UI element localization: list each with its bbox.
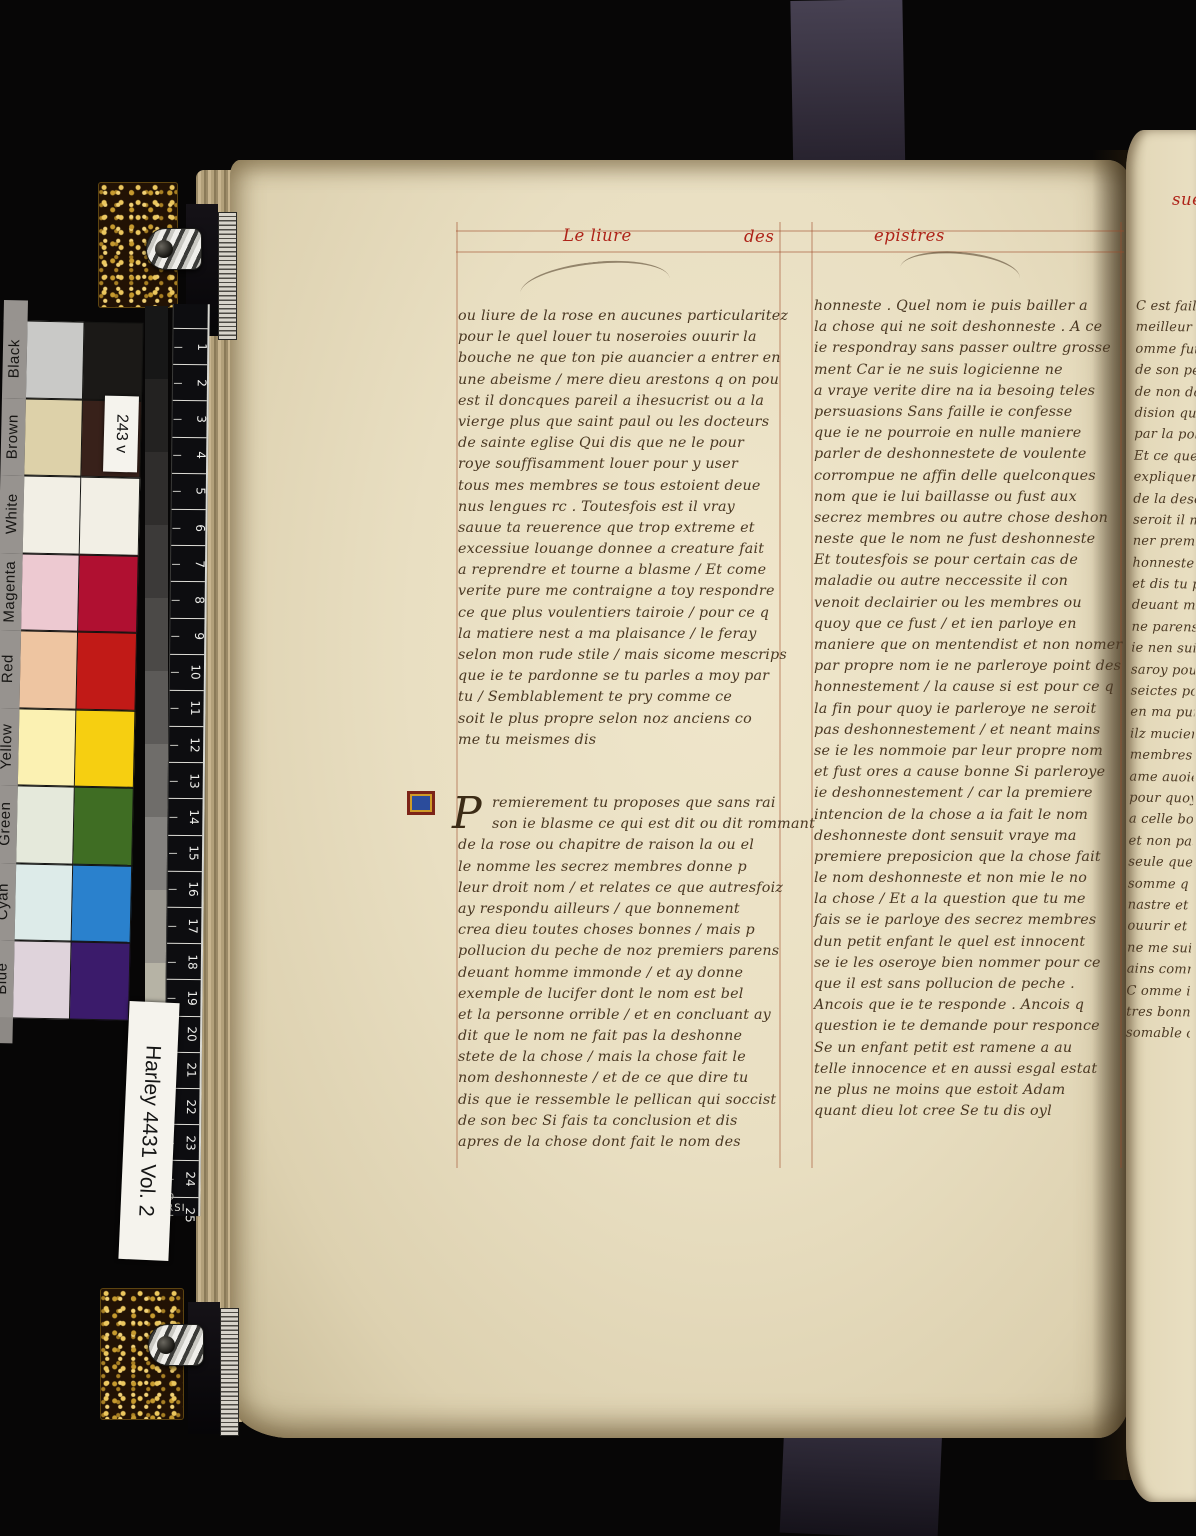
ruler-unit-cell: 12 <box>169 726 203 763</box>
ruler-unit-cell: 9 <box>170 617 204 654</box>
fragment-text-line: en ma puissance o <box>1130 702 1194 724</box>
ruler-number: 8 <box>193 596 207 604</box>
fragment-text-line: ouurir et esperer <box>1127 916 1191 938</box>
manuscript-text-line: tous mes membres se tous estoient deue <box>458 476 778 497</box>
color-patch-row: Green <box>0 785 134 865</box>
color-label: Magenta <box>1 560 19 622</box>
fragment-text-line: somme q ie ne <box>1128 873 1192 895</box>
manuscript-text-line: neste que le nom ne fust deshonneste <box>814 529 1124 550</box>
color-label-cell: Cyan <box>0 862 16 940</box>
fragment-text-line: seule que tu dis <box>1128 852 1192 874</box>
fragment-text-line: membres e le no <box>1130 745 1194 767</box>
manuscript-text-line: a reprendre et tourne a blasme / Et come <box>458 560 778 581</box>
manuscript-text-line: intencion de la chose a ia fait le nom <box>814 805 1124 826</box>
color-patch-pale <box>13 940 72 1019</box>
mini-scale-strip-top <box>218 212 237 340</box>
fragment-text-line: ains comme nulz <box>1127 959 1191 981</box>
manuscript-text-line: persuasions Sans faille ie confesse <box>814 402 1124 423</box>
ruler-unit-cell: 10 <box>170 654 204 691</box>
ruler-number: 18 <box>185 954 199 969</box>
page-clip-top <box>146 228 202 270</box>
color-patch-saturated <box>70 942 131 1021</box>
color-patch-row: Yellow <box>0 707 135 787</box>
manuscript-text-line: verite pure me contraigne a toy respondr… <box>458 581 778 602</box>
fragment-text-line: seroit il mais tu <box>1133 509 1196 531</box>
color-patch-pale <box>21 553 80 632</box>
color-label: Black <box>6 339 24 379</box>
manuscript-text-line: ce que plus voulentiers tairoie / pour c… <box>458 603 778 624</box>
ruler-number: 24 <box>183 1171 197 1186</box>
ruler-unit-cell: 2 <box>173 364 207 401</box>
color-label: Red <box>0 654 17 683</box>
manuscript-text-line: est il doncques pareil a ihesucrist ou a… <box>458 391 778 412</box>
manuscript-text-line: selon mon rude stile / mais sicome mescr… <box>458 645 778 666</box>
manuscript-text-line: que ie ne pourroie en nulle maniere <box>814 423 1124 444</box>
paraph-gold-ground <box>410 794 432 812</box>
manuscript-text-line: ie respondray sans passer oultre grosse <box>814 338 1124 359</box>
fragment-text-line: ilz mucierent le <box>1130 723 1194 745</box>
gray-step <box>145 452 168 525</box>
manuscript-text-line: Et toutesfois se pour certain cas de <box>814 550 1124 571</box>
ruler-number: 12 <box>187 737 201 752</box>
manuscript-text-line: question ie te demande pour responce <box>814 1016 1124 1037</box>
fragment-text-line: meilleur ame que il <box>1136 317 1196 339</box>
color-patch-saturated <box>80 477 141 556</box>
manuscript-text-line: premiere preposicion que la chose fait <box>814 847 1124 868</box>
color-patch-saturated <box>76 632 137 711</box>
color-patch-row: Black <box>2 320 144 400</box>
ruler-number: 20 <box>184 1027 198 1042</box>
color-label: Yellow <box>0 723 16 769</box>
fragment-text-line: Et ce que tu dis q <box>1134 445 1196 467</box>
ruler-unit-cell: 5 <box>172 473 206 510</box>
manuscript-text-line: par propre nom ie ne parleroye point des <box>814 656 1124 677</box>
fragment-text-line: honneste des secr <box>1132 552 1196 574</box>
ruler-number: 19 <box>185 990 199 1005</box>
ruler-unit-cell: 15 <box>168 834 202 871</box>
color-patch-row: Cyan <box>0 862 132 942</box>
ruler-number: 16 <box>186 882 200 897</box>
fragment-text-line: a celle bouche sans <box>1129 809 1193 831</box>
color-label: Cyan <box>0 883 12 920</box>
color-patch-saturated <box>73 787 134 866</box>
fragment-text-line: omme fut Adam en <box>1135 338 1196 360</box>
manuscript-text-line: que il est sans pollucion de peche . <box>814 974 1124 995</box>
fragment-text-line: pour quoy ilz ne <box>1129 788 1193 810</box>
ruler-number: 21 <box>184 1063 198 1078</box>
color-label: Blue <box>0 963 11 995</box>
ruler-number: 4 <box>194 451 208 459</box>
manuscript-text-line: dis que ie ressemble le pellican qui soc… <box>458 1090 778 1111</box>
clip-strap-bottom <box>188 1302 220 1434</box>
color-patch-pale <box>23 475 82 554</box>
ruler-unit-cell: 18 <box>167 943 201 980</box>
manuscript-text-line: la matiere nest a ma plaisance / le fera… <box>458 624 778 645</box>
color-patch-saturated <box>75 709 136 788</box>
color-label-cell: Magenta <box>0 552 23 630</box>
ruler-unit-cell: 11 <box>169 690 203 727</box>
ruler-number: 3 <box>195 415 209 423</box>
ruler-number: 6 <box>194 524 208 532</box>
manuscript-text-line: dit que le nom ne fait pas la deshonne <box>458 1026 778 1047</box>
color-label: Green <box>0 802 14 847</box>
left-column-paragraph-2: remierement tu proposes que sans raison … <box>458 793 778 1153</box>
manuscript-text-line: ie deshonnestement / car la premiere <box>814 783 1124 804</box>
ruler-unit-cell: 13 <box>169 762 203 799</box>
ruler-number: 7 <box>193 560 207 568</box>
right-column: honneste . Quel nom ie puis bailler ala … <box>814 296 1124 1122</box>
fragment-text-line: ame auoient enco <box>1129 766 1193 788</box>
fragment-text-line: ie nen suis le <box>1131 638 1195 660</box>
fragment-text-line: par la pollucion de <box>1134 424 1196 446</box>
ruler-number: 10 <box>188 665 202 680</box>
ruler-number: 5 <box>194 488 208 496</box>
manuscript-text-line: le nomme les secrez membres donne p <box>458 857 778 878</box>
color-label: Brown <box>4 414 22 459</box>
ruler-number: 11 <box>188 701 202 716</box>
manuscript-text-line: fais se ie parloye des secrez membres <box>814 910 1124 931</box>
manuscript-text-line: soit le plus propre selon noz anciens co <box>458 709 778 730</box>
ruling-line-col2-left <box>811 222 813 1168</box>
manuscript-text-line: de son bec Si fais ta conclusion et dis <box>458 1111 778 1132</box>
ruler-number: 2 <box>195 379 209 387</box>
fragment-text-line: dision que tel ho <box>1134 403 1196 425</box>
manuscript-text-line: pas deshonnestement / et neant mains <box>814 720 1124 741</box>
manuscript-text-line: venoit declairier ou les membres ou <box>814 593 1124 614</box>
ruling-line-horizontal-2 <box>456 251 1124 253</box>
rubric-header-left: Le liure <box>563 226 632 245</box>
color-patch-pale <box>16 785 75 864</box>
fragment-text-line: expliquer du peche <box>1133 467 1196 489</box>
ruler-unit-cell: 1 <box>173 328 207 365</box>
manuscript-text-line: maniere que on mentendist et non nomer <box>814 635 1124 656</box>
ruler-number: 9 <box>192 632 206 640</box>
manuscript-text-line: stete de la chose / mais la chose fait l… <box>458 1047 778 1068</box>
fragment-text-line: C omme ie ne <box>1126 980 1190 1002</box>
fragment-text-line: de la desobeissance <box>1133 488 1196 510</box>
ruler-number: 1 <box>195 343 209 351</box>
facing-page-rubric-fragment: sue <box>1172 190 1196 209</box>
fragment-text-line: somable comme la <box>1126 1023 1190 1045</box>
ruler-unit-cell: 7 <box>171 545 205 582</box>
color-patch-saturated <box>78 554 139 633</box>
manuscript-text-line: le nom deshonneste et non mie le no <box>814 868 1124 889</box>
manuscript-text-line: tu / Semblablement te pry comme ce <box>458 687 778 708</box>
manuscript-text-line: de la rose ou chapitre de raison la ou e… <box>458 835 778 856</box>
manuscript-text-line: maladie ou autre neccessite il con <box>814 571 1124 592</box>
fragment-text-line: seictes pour que <box>1130 681 1194 703</box>
fragment-text-line: et non pas les lo <box>1128 830 1192 852</box>
gray-step <box>145 598 168 671</box>
color-patch-saturated <box>83 322 144 401</box>
manuscript-text-line: excessiue louange donnee a creature fait <box>458 539 778 560</box>
color-patch-pale <box>15 863 74 942</box>
manuscript-text-line: bouche ne que ton pie auancier a entrer … <box>458 348 778 369</box>
manuscript-text-line: leur droit nom / et relates ce que autre… <box>458 878 778 899</box>
color-patch-saturated <box>72 864 133 943</box>
gray-step <box>145 890 168 963</box>
ruler-number: 22 <box>184 1099 198 1114</box>
paraph-blue-letter <box>412 796 430 810</box>
fragment-text-line: ne me suis point <box>1127 937 1191 959</box>
manuscript-text-line: de sainte eglise Qui dis que ne le pour <box>458 433 778 454</box>
gray-step <box>145 817 168 890</box>
manuscript-text-line: ne plus ne moins que estoit Adam <box>814 1080 1124 1101</box>
manuscript-text-line: ment Car ie ne suis logicienne ne <box>814 360 1124 381</box>
folio-number-sticker: 243 v <box>103 396 139 473</box>
mini-scale-strip-bottom <box>220 1308 239 1436</box>
ruler-number: 17 <box>186 918 200 933</box>
color-patch-pale <box>26 320 85 399</box>
manuscript-text-line: se ie les oseroye bien nommer pour ce <box>814 953 1124 974</box>
fragment-text-line: saroy pour venir <box>1131 659 1195 681</box>
manuscript-text-line: quoy que ce fust / et ien parloye en <box>814 614 1124 635</box>
fragment-text-line: et dis tu par plus <box>1132 574 1196 596</box>
manuscript-text-line: son ie blasme ce qui est dit ou dit romm… <box>458 814 778 835</box>
manuscript-text-line: Ancois que ie te responde . Ancois q <box>814 995 1124 1016</box>
color-patch-row: Blue <box>0 940 131 1020</box>
facing-page-text-fragments: C est failly car lmeilleur ame que ilomm… <box>1124 296 1196 1181</box>
color-label-cell: Yellow <box>0 707 19 785</box>
color-patch-pale <box>24 398 83 477</box>
ruler-unit-cell: 8 <box>170 581 204 618</box>
ruler-number: 23 <box>183 1135 197 1150</box>
color-label-cell: Red <box>0 630 21 708</box>
color-label: White <box>3 493 21 534</box>
manuscript-text-line: deuant homme immonde / et ay donne <box>458 963 778 984</box>
fragment-text-line: ner premiers p <box>1133 531 1196 553</box>
manuscript-text-line: et fust ores a cause bonne Si parleroye <box>814 762 1124 783</box>
manuscript-text-line: Se un enfant petit est ramene a au <box>814 1038 1124 1059</box>
ruler-number: 15 <box>186 846 200 861</box>
manuscript-text-line: la fin pour quoy ie parleroye ne seroit <box>814 699 1124 720</box>
manuscript-text-line: roye souffisamment louer pour y user <box>458 454 778 475</box>
manuscript-text-line: dun petit enfant le quel est innocent <box>814 932 1124 953</box>
color-label-cell: Brown <box>0 397 26 475</box>
shelfmark-label: Harley 4431 Vol. 2 <box>133 1045 164 1217</box>
fragment-text-line: de non doncques <box>1135 381 1196 403</box>
ruler-unit-cell: 17 <box>167 907 201 944</box>
manuscript-text-line: pour le quel louer tu noseroies ouurir l… <box>458 327 778 348</box>
manuscript-text-line: a vraye verite dire na ia besoing teles <box>814 381 1124 402</box>
color-patch-row: Red <box>0 630 137 710</box>
ruler-number: 14 <box>187 809 201 824</box>
manuscript-text-line: se ie les nommoie par leur propre nom <box>814 741 1124 762</box>
manuscript-text-line: que ie te pardonne se tu parles a moy pa… <box>458 666 778 687</box>
manuscript-text-line: corrompue ne affin delle quelconques <box>814 466 1124 487</box>
manuscript-text-line: me tu meismes dis <box>458 730 778 751</box>
manuscript-text-line: vierge plus que saint paul ou les docteu… <box>458 412 778 433</box>
rubric-header-right: epistres <box>874 226 945 245</box>
manuscript-text-line: exemple de lucifer dont le nom est bel <box>458 984 778 1005</box>
manuscript-text-line: crea dieu toutes choses bonnes / mais p <box>458 920 778 941</box>
fragment-text-line: ne parens Car o <box>1131 616 1195 638</box>
manuscript-text-line: telle innocence et en aussi esgal estat <box>814 1059 1124 1080</box>
gray-step <box>145 306 168 379</box>
color-patch-pale <box>19 630 78 709</box>
manuscript-text-line: nom que ie lui baillasse ou fust aux <box>814 487 1124 508</box>
illuminated-paraph-mark <box>407 791 435 815</box>
ruler-unit-cell: 6 <box>171 509 205 546</box>
ruler-unit-cell: 3 <box>172 400 206 437</box>
color-patch-row: Magenta <box>0 552 139 632</box>
ruler-number: 13 <box>187 773 201 788</box>
gray-step <box>145 671 168 744</box>
fragment-text-line: C est failly car l <box>1136 296 1196 318</box>
manuscript-text-line: une abeisme / mere dieu arestons q on po… <box>458 370 778 391</box>
manuscript-text-line: secrez membres ou autre chose deshon <box>814 508 1124 529</box>
manuscript-text-line: honnestement / la cause si est pour ce q <box>814 677 1124 698</box>
manuscript-text-line: ou liure de la rose en aucunes particula… <box>458 306 778 327</box>
left-column-paragraph-1: ou liure de la rose en aucunes particula… <box>458 306 778 751</box>
color-label-cell: White <box>0 475 24 553</box>
manuscript-text-line: remierement tu proposes que sans rai <box>458 793 778 814</box>
manuscript-text-line: apres de la chose dont fait le nom des <box>458 1132 778 1153</box>
manuscript-text-line: et la personne orrible / et en concluant… <box>458 1005 778 1026</box>
manuscript-text-line: honneste . Quel nom ie puis bailler a <box>814 296 1124 317</box>
manuscript-text-line: deshonneste dont sensuit vraye ma <box>814 826 1124 847</box>
ruling-line-horizontal-1 <box>456 230 1124 232</box>
rubric-header-center: des <box>744 227 774 246</box>
manuscript-text-line: ay respondu ailleurs / que bonnement <box>458 899 778 920</box>
manuscript-text-line: la chose / Et a la question que tu me <box>814 889 1124 910</box>
manuscript-text-line: pollucion du peche de noz premiers paren… <box>458 941 778 962</box>
manuscript-text-line: sauue ta reuerence que trop extreme et <box>458 518 778 539</box>
fragment-text-line: tres bonne deaige <box>1126 1001 1190 1023</box>
folio-number-label: 243 v <box>111 414 130 454</box>
color-patch-row: White <box>0 475 140 555</box>
page-clip-bottom <box>148 1324 204 1366</box>
manuscript-text-line: quant dieu lot cree Se tu dis oyl <box>814 1101 1124 1122</box>
color-bar-foot <box>0 1017 13 1043</box>
color-patch-pale <box>18 708 77 787</box>
manuscript-text-line: nom deshonneste / et de ce que dire tu <box>458 1068 778 1089</box>
manuscript-text-line: parler de deshonnestete de voulente <box>814 444 1124 465</box>
fragment-text-line: de son peche fu entre <box>1135 360 1196 382</box>
fragment-text-line: deuant me nomm <box>1132 595 1196 617</box>
gray-step <box>145 379 168 452</box>
gray-step <box>145 744 168 817</box>
color-label-cell: Black <box>2 320 28 398</box>
grayscale-step-wedge <box>145 306 168 1036</box>
manuscript-text-line: nus lengues rc . Toutesfois est il vray <box>458 497 778 518</box>
manuscript-text-line: la chose qui ne soit deshonneste . A ce <box>814 317 1124 338</box>
ruler-unit-cell: 4 <box>172 436 206 473</box>
ruler-unit-cell: 14 <box>168 798 202 835</box>
color-label-cell: Green <box>0 785 18 863</box>
gray-step <box>145 525 168 598</box>
fragment-text-line: nastre et toy e <box>1128 894 1192 916</box>
ruler-unit-cell: 16 <box>167 871 201 908</box>
